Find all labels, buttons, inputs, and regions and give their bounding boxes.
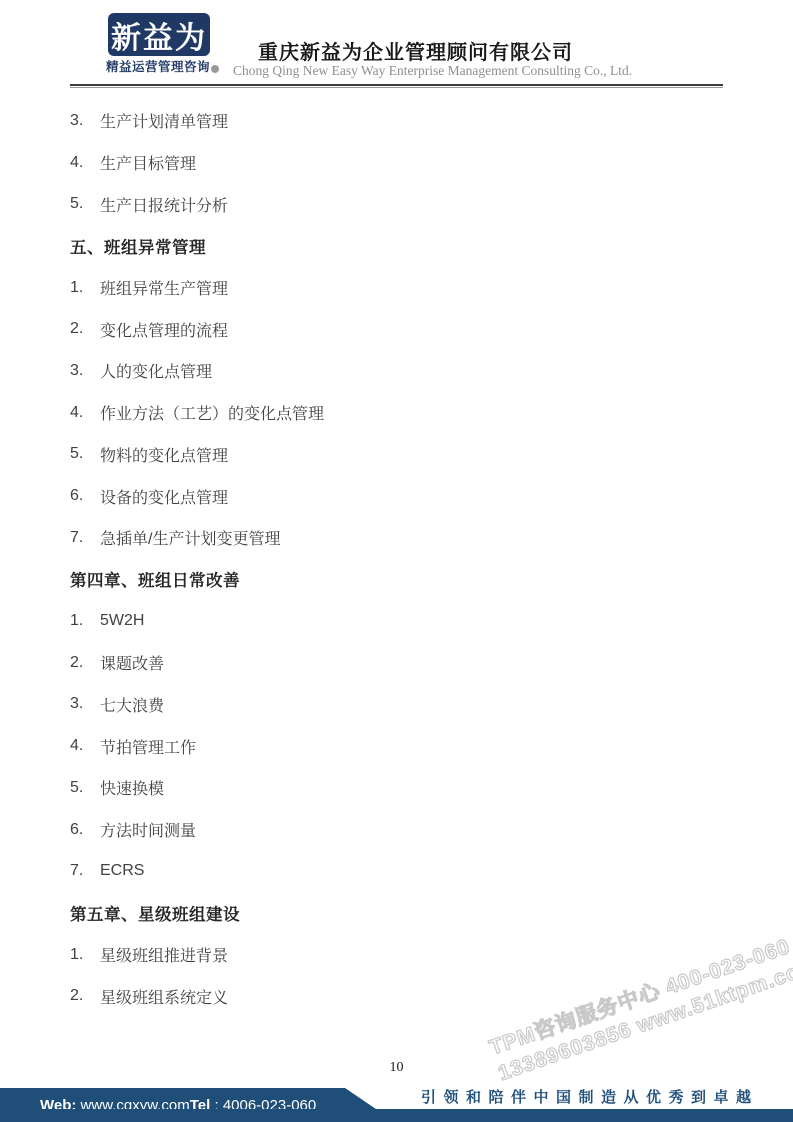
list-item-number: 1. (70, 279, 100, 297)
document-page: 新益为 精益运营管理咨询 重庆新益为企业管理顾问有限公司 Chong Qing … (0, 0, 793, 1122)
list-item-number: 7. (70, 862, 100, 880)
footer-slogan: 引领和陪伴中国制造从优秀到卓越 (421, 1086, 759, 1107)
list-item-text: 变化点管理的流程 (100, 318, 228, 341)
list-item: 5.生产日报统计分析 (70, 183, 753, 225)
list-item-text: 物料的变化点管理 (100, 443, 228, 466)
list-item-text: 七大浪费 (100, 693, 164, 716)
list-item-number: 2. (70, 987, 100, 1005)
list-item-text: 人的变化点管理 (100, 359, 212, 382)
list-item: 2.课题改善 (70, 642, 753, 684)
list-item-text: 节拍管理工作 (100, 735, 196, 758)
logo-text: 新益为 (111, 13, 207, 57)
list-item-number: 1. (70, 612, 100, 630)
list-item-text: 急插单/生产计划变更管理 (100, 526, 280, 549)
list-item-number: 4. (70, 737, 100, 755)
section-heading-text: 五、班组异常管理 (70, 234, 206, 258)
list-item-text: 作业方法（工艺）的变化点管理 (100, 401, 324, 424)
list-item-number: 5. (70, 445, 100, 463)
list-item: 5.快速换模 (70, 767, 753, 809)
list-item: 1.星级班组推进背景 (70, 934, 753, 976)
section-heading-text: 第四章、班组日常改善 (70, 567, 240, 591)
list-item: 3.人的变化点管理 (70, 350, 753, 392)
header-divider-thin-line (70, 87, 723, 88)
list-item-number: 1. (70, 946, 100, 964)
header-divider (70, 84, 723, 88)
list-item-number: 6. (70, 487, 100, 505)
logo-dot-icon (211, 65, 219, 73)
list-item-text: 方法时间测量 (100, 818, 196, 841)
list-item-number: 5. (70, 195, 100, 213)
section-heading: 五、班组异常管理 (70, 225, 753, 267)
document-body: 3.生产计划清单管理4.生产目标管理5.生产日报统计分析五、班组异常管理1.班组… (70, 100, 753, 1017)
list-item: 6.设备的变化点管理 (70, 475, 753, 517)
list-item-number: 7. (70, 529, 100, 547)
list-item-text: 班组异常生产管理 (100, 276, 228, 299)
list-item-text: 星级班组推进背景 (100, 943, 228, 966)
list-item: 6.方法时间测量 (70, 809, 753, 851)
list-item: 2.变化点管理的流程 (70, 308, 753, 350)
list-item-number: 3. (70, 362, 100, 380)
list-item-text: ECRS (100, 862, 144, 880)
list-item: 4.作业方法（工艺）的变化点管理 (70, 392, 753, 434)
list-item-number: 6. (70, 821, 100, 839)
header-divider-thick-line (70, 84, 723, 86)
list-item: 5.物料的变化点管理 (70, 434, 753, 476)
list-item: 3.七大浪费 (70, 684, 753, 726)
list-item-number: 4. (70, 154, 100, 172)
list-item: 1.5W2H (70, 600, 753, 642)
list-item-number: 3. (70, 112, 100, 130)
list-item-text: 生产计划清单管理 (100, 109, 228, 132)
list-item: 2.星级班组系统定义 (70, 975, 753, 1017)
list-item-number: 2. (70, 654, 100, 672)
section-heading: 第四章、班组日常改善 (70, 559, 753, 601)
section-heading: 第五章、星级班组建设 (70, 892, 753, 934)
list-item-text: 生产日报统计分析 (100, 193, 228, 216)
footer-bottom-strip (0, 1109, 793, 1122)
list-item-text: 设备的变化点管理 (100, 485, 228, 508)
list-item-text: 生产目标管理 (100, 151, 196, 174)
logo-tagline-row: 精益运营管理咨询 (106, 57, 218, 75)
list-item-number: 2. (70, 320, 100, 338)
list-item-number: 4. (70, 404, 100, 422)
list-item: 4.节拍管理工作 (70, 725, 753, 767)
list-item-text: 5W2H (100, 612, 144, 630)
list-item: 1.班组异常生产管理 (70, 267, 753, 309)
company-name-en: Chong Qing New Easy Way Enterprise Manag… (233, 63, 632, 79)
list-item: 3.生产计划清单管理 (70, 100, 753, 142)
list-item-text: 课题改善 (100, 651, 164, 674)
list-item: 4.生产目标管理 (70, 142, 753, 184)
list-item-number: 3. (70, 695, 100, 713)
list-item: 7.急插单/生产计划变更管理 (70, 517, 753, 559)
page-number: 10 (0, 1060, 793, 1076)
list-item-text: 快速换模 (100, 776, 164, 799)
content-lines: 3.生产计划清单管理4.生产目标管理5.生产日报统计分析五、班组异常管理1.班组… (70, 100, 753, 1017)
company-name-cn: 重庆新益为企业管理顾问有限公司 (258, 36, 573, 65)
list-item-text: 星级班组系统定义 (100, 985, 228, 1008)
list-item: 7.ECRS (70, 850, 753, 892)
logo-box: 新益为 (108, 13, 210, 56)
logo-tagline: 精益运营管理咨询 (106, 57, 210, 75)
list-item-number: 5. (70, 779, 100, 797)
section-heading-text: 第五章、星级班组建设 (70, 901, 240, 925)
